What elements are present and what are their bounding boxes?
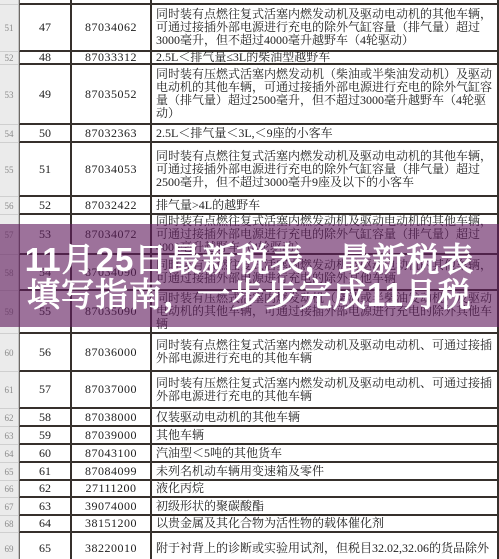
banner-title-line1: 11月25日最新税表，最新税表 bbox=[25, 242, 475, 277]
hs-code-cell[interactable]: 39074000 bbox=[72, 498, 152, 516]
hs-code-cell[interactable]: 87034062 bbox=[72, 5, 152, 52]
row-index-cell[interactable]: 55 bbox=[0, 143, 19, 197]
table-row: 68 64 38151200 以贵金属及其化合物为活性物的载体催化剂 bbox=[0, 516, 499, 533]
table-row: 60 56 87036000 同时装有点燃往复式活塞内燃发动机及驱动电动机、可通… bbox=[0, 334, 499, 372]
seq-cell[interactable]: 49 bbox=[19, 65, 72, 125]
row-index-cell[interactable]: 65 bbox=[0, 463, 19, 481]
table-row: 56 52 87032422 排气量>4L的越野车 bbox=[0, 197, 499, 215]
seq-cell[interactable]: 59 bbox=[19, 427, 72, 445]
hs-code-cell[interactable]: 87032363 bbox=[72, 125, 152, 143]
hs-code-cell[interactable]: 87036000 bbox=[72, 334, 152, 372]
description-cell[interactable]: 同时装有压燃往复式活塞内燃发动机及驱动电动机、可通过接插外部电源进行充电的其他车… bbox=[152, 372, 499, 409]
seq-cell[interactable]: 62 bbox=[19, 481, 72, 498]
seq-cell[interactable]: 48 bbox=[19, 52, 72, 65]
hs-code-cell[interactable]: 87038000 bbox=[72, 409, 152, 427]
table-row: 66 62 27111200 液化丙烷 bbox=[0, 481, 499, 498]
description-cell[interactable]: 未列名机动车辆用变速箱及零件 bbox=[152, 463, 499, 481]
table-row: 61 57 87037000 同时装有压燃往复式活塞内燃发动机及驱动电动机、可通… bbox=[0, 372, 499, 409]
row-index-cell[interactable]: 64 bbox=[0, 445, 19, 463]
table-row: 53 49 87035052 同时装有压燃式活塞内燃发动机（柴油或半柴油发动机）… bbox=[0, 65, 499, 125]
seq-cell[interactable]: 50 bbox=[19, 125, 72, 143]
seq-cell[interactable]: 52 bbox=[19, 197, 72, 215]
description-cell[interactable]: 以贵金属及其化合物为活性物的载体催化剂 bbox=[152, 516, 499, 533]
row-index-cell[interactable]: 67 bbox=[0, 498, 19, 516]
row-index-cell[interactable]: 62 bbox=[0, 409, 19, 427]
description-cell[interactable]: 其他车辆 bbox=[152, 427, 499, 445]
row-index-cell[interactable]: 69 bbox=[0, 533, 19, 559]
description-cell[interactable]: 同时装有点燃往复式活塞内燃发动机及驱动电动机的其他车辆，可通过接插外部电源进行充… bbox=[152, 5, 499, 52]
hs-code-cell[interactable]: 87043100 bbox=[72, 445, 152, 463]
hs-code-cell[interactable]: 87084099 bbox=[72, 463, 152, 481]
seq-cell[interactable]: 60 bbox=[19, 445, 72, 463]
seq-cell[interactable]: 57 bbox=[19, 372, 72, 409]
row-index-cell[interactable]: 54 bbox=[0, 125, 19, 143]
description-cell[interactable]: 2.5L＜排气量＜3L,＜9座的小客车 bbox=[152, 125, 499, 143]
description-cell[interactable]: 初级形状的聚碳酸酯 bbox=[152, 498, 499, 516]
table-row: 54 50 87032363 2.5L＜排气量＜3L,＜9座的小客车 bbox=[0, 125, 499, 143]
description-cell[interactable]: 液化丙烷 bbox=[152, 481, 499, 498]
hs-code-cell[interactable]: 87034053 bbox=[72, 143, 152, 197]
seq-cell[interactable]: 65 bbox=[19, 533, 72, 559]
description-cell[interactable]: 同时装有点燃往复式活塞内燃发动机及驱动电动机、可通过接插外部电源进行充电的其他车… bbox=[152, 334, 499, 372]
table-row: 63 59 87039000 其他车辆 bbox=[0, 427, 499, 445]
hs-code-cell[interactable]: 27111200 bbox=[72, 481, 152, 498]
table-row: 67 63 39074000 初级形状的聚碳酸酯 bbox=[0, 498, 499, 516]
description-cell[interactable]: 附于衬背上的诊断或实验用试剂，但税目32.02,32.06的货品除外 bbox=[152, 533, 499, 559]
description-cell[interactable]: 仅装驱动电动机的其他车辆 bbox=[152, 409, 499, 427]
seq-cell[interactable]: 63 bbox=[19, 498, 72, 516]
row-index-cell[interactable]: 61 bbox=[0, 372, 19, 409]
table-row: 62 58 87038000 仅装驱动电动机的其他车辆 bbox=[0, 409, 499, 427]
seq-cell[interactable]: 61 bbox=[19, 463, 72, 481]
row-index-cell[interactable]: 51 bbox=[0, 5, 19, 52]
hs-code-cell[interactable]: 87037000 bbox=[72, 372, 152, 409]
row-index-cell[interactable]: 68 bbox=[0, 516, 19, 533]
hs-code-cell[interactable]: 87035052 bbox=[72, 65, 152, 125]
hs-code-cell[interactable]: 38220010 bbox=[72, 533, 152, 559]
seq-cell[interactable]: 51 bbox=[19, 143, 72, 197]
hs-code-cell[interactable]: 38151200 bbox=[72, 516, 152, 533]
table-row: 69 65 38220010 附于衬背上的诊断或实验用试剂，但税目32.02,3… bbox=[0, 533, 499, 559]
row-index-cell[interactable]: 60 bbox=[0, 334, 19, 372]
row-index-cell[interactable]: 66 bbox=[0, 481, 19, 498]
hs-code-cell[interactable]: 87032422 bbox=[72, 197, 152, 215]
description-cell[interactable]: 汽油型＜5吨的其他货车 bbox=[152, 445, 499, 463]
row-index-cell[interactable]: 56 bbox=[0, 197, 19, 215]
hs-code-cell[interactable]: 87039000 bbox=[72, 427, 152, 445]
banner-title-line2: 填写指南，一步步完成11月税 bbox=[27, 277, 472, 312]
seq-cell[interactable]: 56 bbox=[19, 334, 72, 372]
row-index-cell[interactable]: 52 bbox=[0, 52, 19, 65]
hs-code-cell[interactable]: 87033312 bbox=[72, 52, 152, 65]
description-cell[interactable]: 2.5L＜排气量≤3L的柴油型越野车 bbox=[152, 52, 499, 65]
description-cell[interactable]: 排气量>4L的越野车 bbox=[152, 197, 499, 215]
row-index-cell[interactable]: 53 bbox=[0, 65, 19, 125]
seq-cell[interactable]: 47 bbox=[19, 5, 72, 52]
table-row: 51 47 87034062 同时装有点燃往复式活塞内燃发动机及驱动电动机的其他… bbox=[0, 5, 499, 52]
seq-cell[interactable]: 58 bbox=[19, 409, 72, 427]
table-row: 55 51 87034053 同时装有点燃往复式活塞内燃发动机及驱动电动机的其他… bbox=[0, 143, 499, 197]
table-row: 64 60 87043100 汽油型＜5吨的其他货车 bbox=[0, 445, 499, 463]
seq-cell[interactable]: 64 bbox=[19, 516, 72, 533]
table-row: 65 61 87084099 未列名机动车辆用变速箱及零件 bbox=[0, 463, 499, 481]
title-overlay-banner: 11月25日最新税表，最新税表 填写指南，一步步完成11月税 bbox=[0, 224, 499, 327]
description-cell[interactable]: 同时装有点燃往复式活塞内燃发动机及驱动电动机的其他车辆，可通过接插外部电源进行充… bbox=[152, 143, 499, 197]
row-index-cell[interactable]: 63 bbox=[0, 427, 19, 445]
description-cell[interactable]: 同时装有压燃式活塞内燃发动机（柴油或半柴油发动机）及驱动电动机的其他车辆，可通过… bbox=[152, 65, 499, 125]
table-row: 52 48 87033312 2.5L＜排气量≤3L的柴油型越野车 bbox=[0, 52, 499, 65]
